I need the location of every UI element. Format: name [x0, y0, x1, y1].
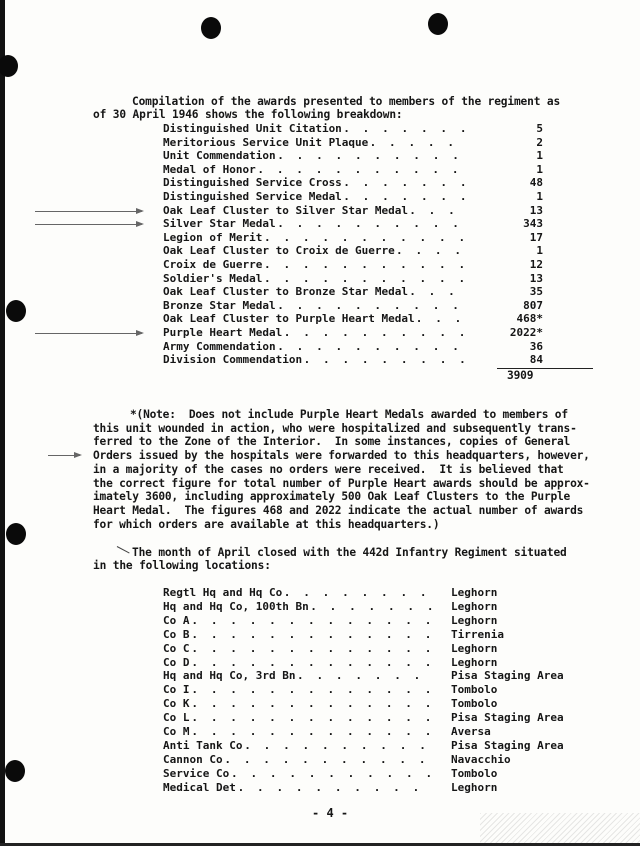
leader-dots: . . . . . . . . . . . . . . . . . . . . … — [224, 753, 433, 766]
unit-location: Tirrenia — [451, 628, 504, 641]
award-row: Meritorious Service Unit Plaque . . . . … — [163, 136, 603, 150]
award-count: 13 — [493, 272, 543, 285]
leader-dots: . . . . . . . . . . . . . . . . . . . . … — [264, 272, 465, 285]
award-label: Distinguished Service Cross — [163, 176, 342, 189]
leader-dots: . . . . . . . . . . . . . . . . . . . . … — [284, 586, 433, 599]
location-row: Hq and Hq Co, 100th Bn . . . . . . . . .… — [163, 600, 603, 614]
award-row: Medal of Honor . . . . . . . . . . . . .… — [163, 163, 603, 177]
note-line: this unit wounded in action, who were ho… — [93, 422, 633, 436]
award-count: 5 — [493, 122, 543, 135]
unit-name: Hq and Hq Co, 100th Bn — [163, 600, 309, 613]
awards-total: 3909 — [507, 369, 533, 383]
award-row: Purple Heart Medal . . . . . . . . . . .… — [163, 326, 603, 340]
leader-dots: . . . . . . . . . . . . . . . . . . . . … — [396, 244, 465, 257]
leader-dots: . . . . . . . . . . . . . . . . . . . . … — [277, 340, 465, 353]
award-label: Oak Leaf Cluster to Silver Star Medal — [163, 204, 408, 217]
award-row: Unit Commendation . . . . . . . . . . . … — [163, 149, 603, 163]
unit-location: Leghorn — [451, 642, 497, 655]
award-label: Soldier's Medal — [163, 272, 262, 285]
unit-name: Hq and Hq Co, 3rd Bn — [163, 669, 295, 682]
award-count: 2 — [493, 136, 543, 149]
margin-arrow-icon — [35, 211, 142, 212]
award-label: Division Commendation — [163, 353, 302, 366]
intro-line-1: Compilation of the awards presented to m… — [132, 95, 560, 109]
note-line: Orders issued by the hospitals were forw… — [93, 449, 633, 463]
unit-name: Regtl Hq and Hq Co — [163, 586, 282, 599]
unit-location: Pisa Staging Area — [451, 739, 564, 752]
leader-dots: . . . . . . . . . . . . . . . . . . . . … — [370, 136, 465, 149]
award-count: 17 — [493, 231, 543, 244]
location-row: Co K . . . . . . . . . . . . . . . . . .… — [163, 697, 603, 711]
award-label: Unit Commendation — [163, 149, 276, 162]
page-number: - 4 - — [312, 806, 348, 820]
location-row: Co D . . . . . . . . . . . . . . . . . .… — [163, 656, 603, 670]
leader-dots: . . . . . . . . . . . . . . . . . . . . … — [264, 231, 465, 244]
leader-dots: . . . . . . . . . . . . . . . . . . . . … — [297, 669, 433, 682]
unit-name: Medical Det — [163, 781, 236, 794]
unit-location: Aversa — [451, 725, 491, 738]
locations-intro-line-1: The month of April closed with the 442d … — [132, 546, 567, 560]
leader-dots: . . . . . . . . . . . . . . . . . . . . … — [191, 725, 433, 738]
unit-location: Leghorn — [451, 586, 497, 599]
note-line: ferred to the Zone of the Interior. In s… — [93, 435, 633, 449]
unit-location: Leghorn — [451, 656, 497, 669]
note-line: imately 3600, including approximately 50… — [93, 490, 633, 504]
award-label: Army Commendation — [163, 340, 276, 353]
punch-hole-icon — [5, 760, 25, 782]
location-row: Co C . . . . . . . . . . . . . . . . . .… — [163, 642, 603, 656]
unit-location: Leghorn — [451, 600, 497, 613]
location-row: Regtl Hq and Hq Co . . . . . . . . . . .… — [163, 586, 603, 600]
unit-name: Co B — [163, 628, 190, 641]
award-row: Bronze Star Medal . . . . . . . . . . . … — [163, 299, 603, 313]
award-row: Distinguished Service Cross . . . . . . … — [163, 176, 603, 190]
location-row: Anti Tank Co . . . . . . . . . . . . . .… — [163, 739, 603, 753]
leader-dots: . . . . . . . . . . . . . . . . . . . . … — [264, 258, 465, 271]
margin-arrow-icon — [48, 455, 80, 456]
leader-dots: . . . . . . . . . . . . . . . . . . . . … — [304, 353, 465, 366]
unit-location: Tombolo — [451, 683, 497, 696]
unit-location: Tombolo — [451, 697, 497, 710]
note-line: Heart Medal. The figures 468 and 2022 in… — [93, 504, 633, 518]
leader-dots: . . . . . . . . . . . . . . . . . . . . … — [238, 781, 433, 794]
unit-location: Tombolo — [451, 767, 497, 780]
award-label: Bronze Star Medal — [163, 299, 276, 312]
award-count: 2022* — [493, 326, 543, 339]
award-count: 1 — [493, 244, 543, 257]
margin-mark-icon — [117, 546, 130, 553]
punch-hole-icon — [428, 13, 448, 35]
award-label: Medal of Honor — [163, 163, 256, 176]
location-row: Co M . . . . . . . . . . . . . . . . . .… — [163, 725, 603, 739]
award-label: Silver Star Medal — [163, 217, 276, 230]
leader-dots: . . . . . . . . . . . . . . . . . . . . … — [257, 163, 465, 176]
award-row: Army Commendation . . . . . . . . . . . … — [163, 340, 603, 354]
location-row: Service Co . . . . . . . . . . . . . . .… — [163, 767, 603, 781]
leader-dots: . . . . . . . . . . . . . . . . . . . . … — [191, 697, 433, 710]
award-label: Croix de Guerre — [163, 258, 262, 271]
page-edge-shadow — [0, 0, 5, 846]
location-row: Co A . . . . . . . . . . . . . . . . . .… — [163, 614, 603, 628]
leader-dots: . . . . . . . . . . . . . . . . . . . . … — [191, 656, 433, 669]
award-row: Oak Leaf Cluster to Bronze Star Medal . … — [163, 285, 603, 299]
award-label: Distinguished Service Medal — [163, 190, 342, 203]
award-label: Purple Heart Medal — [163, 326, 282, 339]
note-line: the correct figure for total number of P… — [93, 477, 633, 491]
unit-name: Co D — [163, 656, 190, 669]
award-count: 84 — [493, 353, 543, 366]
unit-name: Co M — [163, 725, 190, 738]
leader-dots: . . . . . . . . . . . . . . . . . . . . … — [244, 739, 433, 752]
document-page: Compilation of the awards presented to m… — [0, 0, 640, 846]
unit-location: Leghorn — [451, 781, 497, 794]
location-row: Co L . . . . . . . . . . . . . . . . . .… — [163, 711, 603, 725]
award-count: 48 — [493, 176, 543, 189]
award-count: 13 — [493, 204, 543, 217]
intro-line-2: of 30 April 1946 shows the following bre… — [93, 108, 403, 122]
award-count: 12 — [493, 258, 543, 271]
location-row: Medical Det . . . . . . . . . . . . . . … — [163, 781, 603, 795]
award-row: Distinguished Service Medal . . . . . . … — [163, 190, 603, 204]
leader-dots: . . . . . . . . . . . . . . . . . . . . … — [191, 642, 433, 655]
award-row: Croix de Guerre . . . . . . . . . . . . … — [163, 258, 603, 272]
award-label: Legion of Merit — [163, 231, 262, 244]
punch-hole-icon — [6, 523, 26, 545]
leader-dots: . . . . . . . . . . . . . . . . . . . . … — [277, 217, 465, 230]
award-row: Oak Leaf Cluster to Croix de Guerre . . … — [163, 244, 603, 258]
award-count: 35 — [493, 285, 543, 298]
leader-dots: . . . . . . . . . . . . . . . . . . . . … — [191, 614, 433, 627]
award-label: Oak Leaf Cluster to Purple Heart Medal — [163, 312, 415, 325]
award-count: 1 — [493, 163, 543, 176]
unit-location: Pisa Staging Area — [451, 711, 564, 724]
award-row: Division Commendation . . . . . . . . . … — [163, 353, 603, 367]
leader-dots: . . . . . . . . . . . . . . . . . . . . … — [343, 176, 465, 189]
note-line: in a majority of the cases no orders wer… — [93, 463, 633, 477]
award-row: Legion of Merit . . . . . . . . . . . . … — [163, 231, 603, 245]
award-label: Meritorious Service Unit Plaque — [163, 136, 368, 149]
unit-name: Co I — [163, 683, 190, 696]
punch-hole-icon — [6, 300, 26, 322]
punch-hole-icon — [0, 55, 18, 77]
award-label: Oak Leaf Cluster to Croix de Guerre — [163, 244, 395, 257]
unit-name: Co L — [163, 711, 190, 724]
award-count: 1 — [493, 149, 543, 162]
margin-arrow-icon — [35, 224, 142, 225]
award-count: 468* — [493, 312, 543, 325]
leader-dots: . . . . . . . . . . . . . . . . . . . . … — [343, 122, 465, 135]
leader-dots: . . . . . . . . . . . . . . . . . . . . … — [231, 767, 433, 780]
locations-table: Regtl Hq and Hq Co . . . . . . . . . . .… — [163, 586, 603, 796]
award-row: Oak Leaf Cluster to Silver Star Medal . … — [163, 204, 603, 218]
punch-hole-icon — [201, 17, 221, 39]
note-line: for which orders are available at this h… — [93, 518, 633, 532]
award-row: Distinguished Unit Citation . . . . . . … — [163, 122, 603, 136]
awards-table: Distinguished Unit Citation . . . . . . … — [163, 122, 603, 372]
leader-dots: . . . . . . . . . . . . . . . . . . . . … — [310, 600, 433, 613]
leader-dots: . . . . . . . . . . . . . . . . . . . . … — [409, 285, 465, 298]
award-count: 36 — [493, 340, 543, 353]
location-row: Co B . . . . . . . . . . . . . . . . . .… — [163, 628, 603, 642]
award-count: 343 — [493, 217, 543, 230]
award-label: Distinguished Unit Citation — [163, 122, 342, 135]
unit-location: Pisa Staging Area — [451, 669, 564, 682]
leader-dots: . . . . . . . . . . . . . . . . . . . . … — [191, 683, 433, 696]
note-line: *(Note: Does not include Purple Heart Me… — [93, 408, 633, 422]
leader-dots: . . . . . . . . . . . . . . . . . . . . … — [191, 628, 433, 641]
unit-name: Service Co — [163, 767, 229, 780]
locations-intro-line-2: in the following locations: — [93, 559, 271, 573]
award-count: 807 — [493, 299, 543, 312]
award-count: 1 — [493, 190, 543, 203]
unit-name: Co A — [163, 614, 190, 627]
leader-dots: . . . . . . . . . . . . . . . . . . . . … — [191, 711, 433, 724]
leader-dots: . . . . . . . . . . . . . . . . . . . . … — [409, 204, 465, 217]
location-row: Hq and Hq Co, 3rd Bn . . . . . . . . . .… — [163, 669, 603, 683]
unit-name: Co K — [163, 697, 190, 710]
leader-dots: . . . . . . . . . . . . . . . . . . . . … — [284, 326, 465, 339]
award-row: Soldier's Medal . . . . . . . . . . . . … — [163, 272, 603, 286]
location-row: Cannon Co . . . . . . . . . . . . . . . … — [163, 753, 603, 767]
leader-dots: . . . . . . . . . . . . . . . . . . . . … — [416, 312, 465, 325]
note-paragraph: *(Note: Does not include Purple Heart Me… — [93, 408, 633, 531]
unit-name: Co C — [163, 642, 190, 655]
margin-arrow-icon — [35, 333, 142, 334]
unit-name: Anti Tank Co — [163, 739, 242, 752]
leader-dots: . . . . . . . . . . . . . . . . . . . . … — [277, 149, 465, 162]
unit-location: Navacchio — [451, 753, 511, 766]
leader-dots: . . . . . . . . . . . . . . . . . . . . … — [277, 299, 465, 312]
unit-name: Cannon Co — [163, 753, 223, 766]
scan-noise — [480, 813, 640, 843]
leader-dots: . . . . . . . . . . . . . . . . . . . . … — [343, 190, 465, 203]
unit-location: Leghorn — [451, 614, 497, 627]
award-label: Oak Leaf Cluster to Bronze Star Medal — [163, 285, 408, 298]
award-row: Silver Star Medal . . . . . . . . . . . … — [163, 217, 603, 231]
location-row: Co I . . . . . . . . . . . . . . . . . .… — [163, 683, 603, 697]
award-row: Oak Leaf Cluster to Purple Heart Medal .… — [163, 312, 603, 326]
